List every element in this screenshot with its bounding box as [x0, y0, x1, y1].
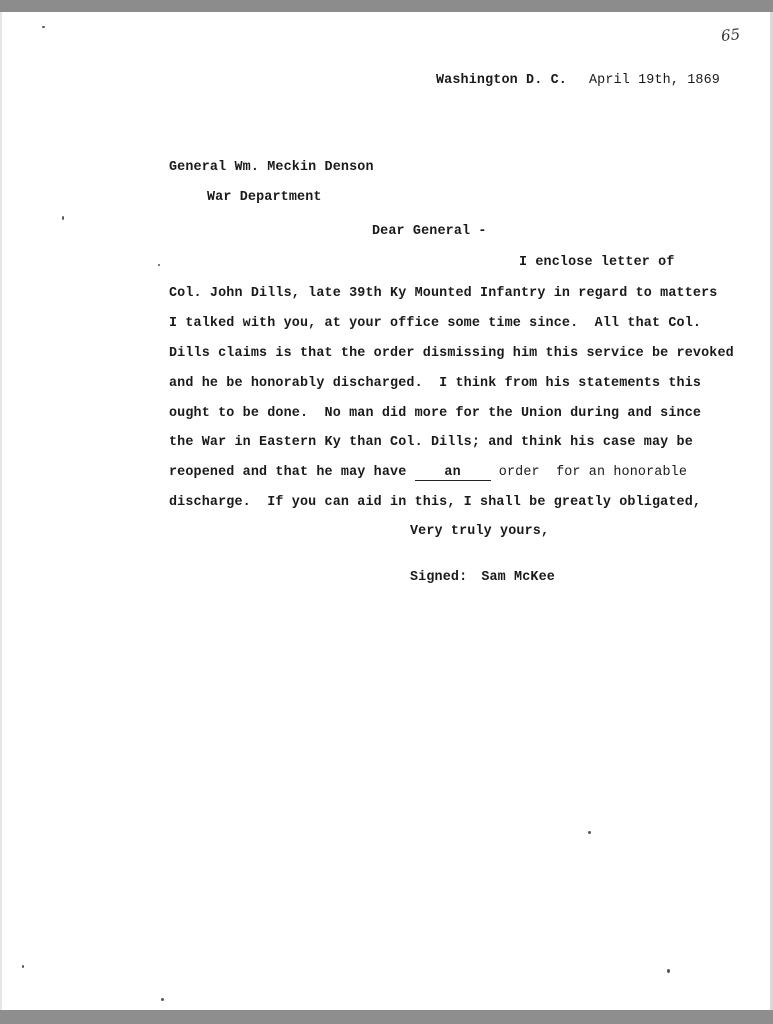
reopened-text-after: order for an honorable [491, 465, 687, 480]
letter-date: April 19th, 1869 [589, 73, 720, 88]
body-line-final: discharge. If you can aid in this, I sha… [169, 495, 701, 511]
scan-speck [588, 831, 591, 834]
scan-speck [667, 969, 670, 973]
body-line: I talked with you, at your office some t… [169, 316, 701, 332]
scan-speck [22, 965, 24, 968]
signature-label: Signed: [410, 570, 467, 585]
scan-border-left [0, 12, 2, 1010]
scan-speck [42, 26, 45, 28]
signature: Signed:Sam McKee [410, 570, 555, 586]
scan-border-bottom [0, 1010, 773, 1024]
body-line: and he be honorably discharged. I think … [169, 376, 701, 392]
filled-blank: an [415, 466, 491, 481]
scan-speck [158, 264, 160, 266]
body-line: the War in Eastern Ky than Col. Dills; a… [169, 435, 693, 451]
scan-border-top [0, 0, 773, 12]
handwritten-page-number: 65 [720, 25, 741, 45]
department: War Department [207, 190, 322, 206]
scan-speck [62, 216, 64, 220]
reopened-text-before: reopened and that he may have [169, 465, 415, 480]
scan-speck [161, 998, 164, 1001]
salutation: Dear General - [372, 224, 487, 240]
body-line-reopened: reopened and that he may have an order f… [169, 465, 687, 481]
signature-name: Sam McKee [481, 570, 555, 585]
addressee: General Wm. Meckin Denson [169, 160, 374, 176]
closing: Very truly yours, [410, 524, 549, 540]
letter-place: Washington D. C. [436, 73, 567, 88]
body-line: ought to be done. No man did more for th… [169, 406, 701, 422]
letter-dateline: Washington D. C.April 19th, 1869 [436, 73, 720, 89]
body-line: Dills claims is that the order dismissin… [169, 346, 734, 362]
body-line-opening: I enclose letter of [519, 255, 675, 271]
body-line: Col. John Dills, late 39th Ky Mounted In… [169, 286, 717, 302]
